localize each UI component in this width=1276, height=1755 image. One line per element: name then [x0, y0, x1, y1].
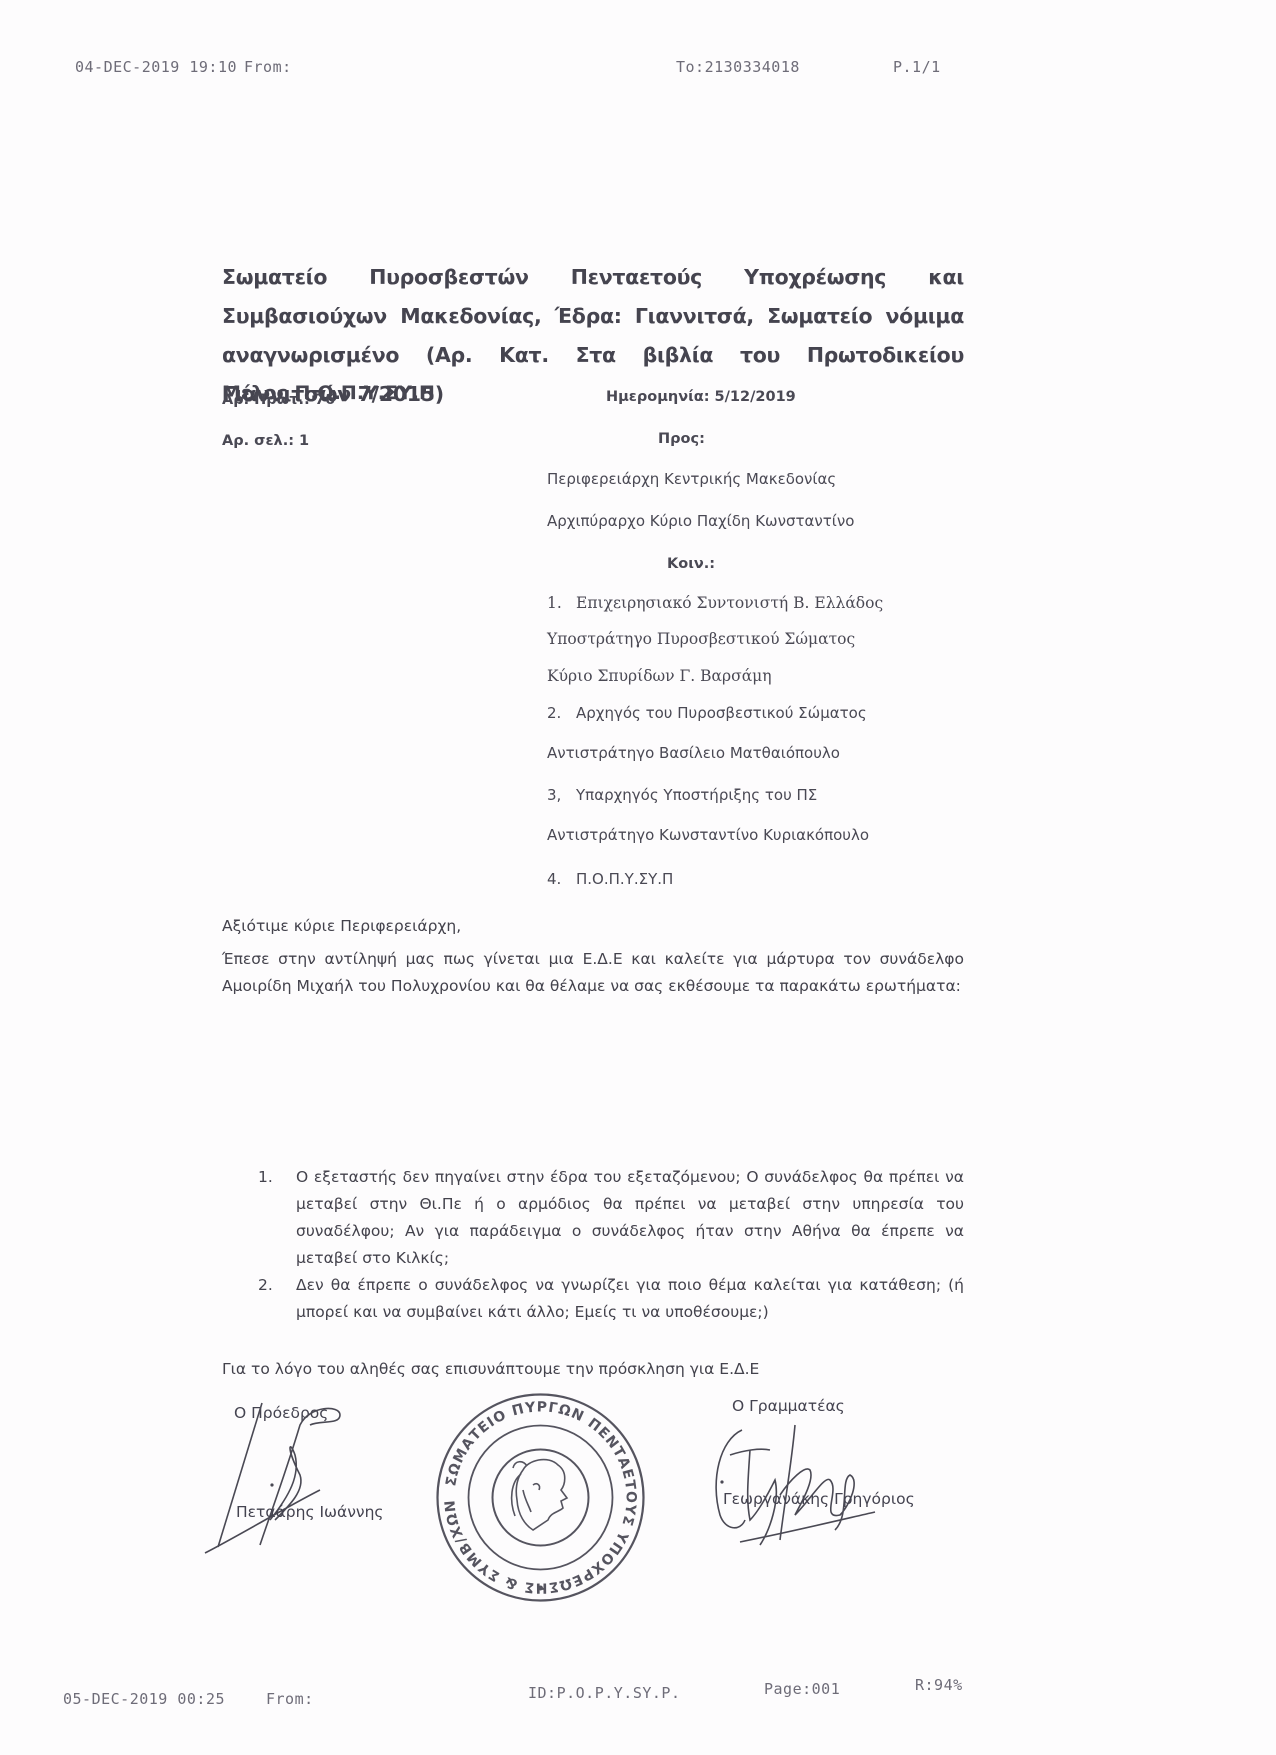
- cc-item-line: Αντιστράτηγο Βασίλειο Ματθαιόπουλο: [547, 744, 840, 762]
- cc-item-line: Υποστράτηγο Πυροσβεστικού Σώματος: [547, 630, 855, 648]
- recipient-line: Περιφερειάρχη Κεντρικής Μακεδονίας: [547, 470, 836, 488]
- svg-text:ΣΩΜΑΤΕΙΟ ΠΥΡΓΩΝ ΠΕΝΤΑΕΤΟΥΣ ΥΠΟ: ΣΩΜΑΤΕΙΟ ΠΥΡΓΩΝ ΠΕΝΤΑΕΤΟΥΣ ΥΠΟΧΡΕΩΣΗΣ & …: [426, 1378, 639, 1596]
- cc-item-line: Αρχηγός του Πυροσβεστικού Σώματος: [576, 704, 867, 722]
- fax-header-from-label: From:: [244, 58, 292, 76]
- cc-item-number: 4.: [547, 870, 561, 888]
- fax-header-timestamp: 04-DEC-2019 19:10: [75, 58, 237, 76]
- question-number: 2.: [258, 1272, 273, 1299]
- fax-header-page: P.1/1: [893, 58, 941, 76]
- salutation: Αξιότιμε κύριε Περιφερειάρχη,: [222, 913, 461, 940]
- president-name: Πεταάρης Ιωάννης: [236, 1503, 384, 1521]
- cc-item-number: 1.: [547, 594, 562, 612]
- fax-footer-result: R:94%: [915, 1676, 963, 1694]
- question-number: 1.: [258, 1164, 273, 1191]
- fax-footer-from-label: From:: [266, 1690, 314, 1708]
- question-item: 2. Δεν θα έπρεπε ο συνάδελφος να γνωρίζε…: [258, 1272, 964, 1326]
- cc-item-line: Υπαρχηγός Υποστήριξης του ΠΣ: [576, 786, 817, 804]
- question-text: Δεν θα έπρεπε ο συνάδελφος να γνωρίζει γ…: [296, 1276, 964, 1321]
- fax-footer-page: Page:001: [764, 1680, 840, 1698]
- secretary-title: Ο Γραμματέας: [732, 1397, 845, 1415]
- closing-paragraph: Για το λόγο του αληθές σας επισυνάπτουμε…: [222, 1356, 759, 1383]
- secretary-signature-icon: [700, 1420, 920, 1550]
- protocol-number: Αρ. Πρωτ.: 76: [222, 392, 335, 408]
- cc-item-line: Κύριο Σπυρίδων Γ. Βαρσάμη: [547, 667, 772, 685]
- cc-item-line: Επιχειρησιακό Συντονιστή Β. Ελλάδος: [576, 594, 883, 612]
- question-item: 1. Ο εξεταστής δεν πηγαίνει στην έδρα το…: [258, 1164, 964, 1272]
- cc-item-line: Αντιστράτηγο Κωνσταντίνο Κυριακόπουλο: [547, 826, 869, 844]
- questions-list: 1. Ο εξεταστής δεν πηγαίνει στην έδρα το…: [258, 1164, 964, 1326]
- recipient-line: Αρχιπύραρχο Κύριο Παχίδη Κωνσταντίνο: [547, 512, 854, 530]
- fax-footer-timestamp: 05-DEC-2019 00:25: [63, 1690, 225, 1708]
- fax-header-to: To:2130334018: [676, 58, 800, 76]
- to-label: Προς:: [658, 431, 705, 447]
- president-signature-icon: [200, 1395, 380, 1555]
- cc-item-line: Π.Ο.Π.Υ.ΣΥ.Π: [576, 870, 673, 888]
- question-text: Ο εξεταστής δεν πηγαίνει στην έδρα του ε…: [296, 1168, 964, 1267]
- secretary-name: Γεωργανάκης Γρηγόριος: [723, 1490, 915, 1508]
- page-count: Αρ. σελ.: 1: [222, 433, 309, 449]
- cc-label: Κοιν.:: [667, 556, 715, 572]
- document-date: Ημερομηνία: 5/12/2019: [606, 389, 796, 405]
- cc-item-number: 3,: [547, 786, 561, 804]
- alexander-head-icon: [512, 1460, 567, 1530]
- organization-stamp-icon: ΣΩΜΑΤΕΙΟ ΠΥΡΓΩΝ ΠΕΝΤΑΕΤΟΥΣ ΥΠΟΧΡΕΩΣΗΣ & …: [433, 1390, 648, 1605]
- intro-paragraph: Έπεσε στην αντίληψή μας πως γίνεται μια …: [222, 946, 964, 1000]
- fax-footer-id: ID:P.O.P.Y.SY.P.: [528, 1684, 681, 1702]
- cc-item-number: 2.: [547, 704, 561, 722]
